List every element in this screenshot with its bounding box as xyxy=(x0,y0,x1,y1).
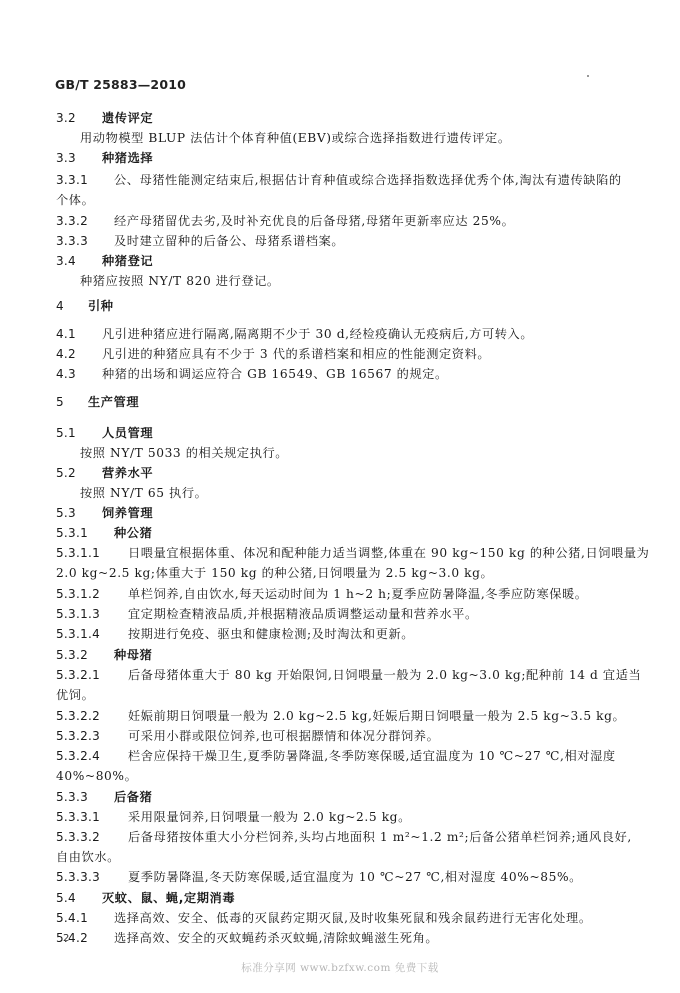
clause-number: 3.3.1 xyxy=(56,170,114,190)
clause-text: 种公猪 xyxy=(114,526,152,540)
scan-speck xyxy=(587,75,589,77)
clause-text: 采用限量饲养,日饲喂量一般为 2.0 kg~2.5 kg。 xyxy=(128,810,411,824)
clause-text: 个体。 xyxy=(56,193,94,207)
section-heading: 3.2遗传评定 xyxy=(56,108,618,128)
clause-text: 及时建立留种的后备公、母猪系谱档案。 xyxy=(114,234,344,248)
clause-number: 4.3 xyxy=(56,364,102,384)
clause-number: 3.4 xyxy=(56,251,102,271)
clause-text: 可采用小群或限位饲养,也可根据膘情和体况分群饲养。 xyxy=(128,729,439,743)
clause-continuation: 个体。 xyxy=(56,190,618,210)
clause-text: 妊娠前期日饲喂量一般为 2.0 kg~2.5 kg,妊娠后期日饲喂量一般为 2.… xyxy=(128,709,625,723)
clause-text: 单栏饲养,自由饮水,每天运动时间为 1 h~2 h;夏季应防暑降温,冬季应防寒保… xyxy=(128,587,588,601)
clause-text: 后备母猪按体重大小分栏饲养,头均占地面积 1 m²~1.2 m²;后备公猪单栏饲… xyxy=(128,830,632,844)
clause: 5.3.2.4栏舍应保持干燥卫生,夏季防暑降温,冬季防寒保暖,适宜温度为 10 … xyxy=(56,746,618,766)
section-heading: 3.4种猪登记 xyxy=(56,251,618,271)
clause-text: 按照 NY/T 65 执行。 xyxy=(80,486,207,500)
clause: 5.3.1.1日喂量宜根据体重、体况和配种能力适当调整,体重在 90 kg~15… xyxy=(56,543,618,563)
clause-number: 5.3.3.1 xyxy=(56,807,128,827)
clause-number: 3.2 xyxy=(56,108,102,128)
clause: 3.3.2经产母猪留优去劣,及时补充优良的后备母猪,母猪年更新率应达 25%。 xyxy=(56,211,618,231)
clause-text: 种猪选择 xyxy=(102,151,153,165)
clause-text: 营养水平 xyxy=(102,466,153,480)
clause: 5.3.1.4按期进行免疫、驱虫和健康检测;及时淘汰和更新。 xyxy=(56,624,618,644)
page-number: 2 xyxy=(63,933,69,944)
clause-number: 5 xyxy=(56,392,88,412)
section-heading: 5.2营养水平 xyxy=(56,463,618,483)
clause: 5.4.2选择高效、安全的灭蚊蝇药杀灭蚊蝇,清除蚊蝇滋生死角。 xyxy=(56,928,618,948)
clause-number: 5.3.2 xyxy=(56,645,114,665)
clause-continuation: 种猪应按照 NY/T 820 进行登记。 xyxy=(80,271,642,291)
clause-continuation: 自由饮水。 xyxy=(56,847,618,867)
clause-text: 日喂量宜根据体重、体况和配种能力适当调整,体重在 90 kg~150 kg 的种… xyxy=(128,546,649,560)
clause-continuation: 用动物模型 BLUP 法估计个体育种值(EBV)或综合选择指数进行遗传评定。 xyxy=(80,128,642,148)
clause-number: 5.3 xyxy=(56,503,102,523)
clause-text: 引种 xyxy=(88,299,114,313)
clause-text: 优饲。 xyxy=(56,688,94,702)
clause-continuation: 按照 NY/T 65 执行。 xyxy=(80,483,642,503)
clause-number: 5.3.2.2 xyxy=(56,706,128,726)
clause: 5.4.1选择高效、安全、低毒的灭鼠药定期灭鼠,及时收集死鼠和残余鼠药进行无害化… xyxy=(56,908,618,928)
chapter-heading: 5生产管理 xyxy=(56,392,618,412)
clause-number: 5.3.2.4 xyxy=(56,746,128,766)
clause-text: 自由饮水。 xyxy=(56,850,120,864)
clause-continuation: 40%~80%。 xyxy=(56,766,618,786)
clause-text: 凡引进种猪应进行隔离,隔离期不少于 30 d,经检疫确认无疫病后,方可转入。 xyxy=(102,327,533,341)
watermark-footer: 标准分享网 www.bzfxw.com 免费下载 xyxy=(0,960,680,975)
clause-number: 5.3.1.2 xyxy=(56,584,128,604)
clause-number: 5.3.3 xyxy=(56,787,114,807)
clause: 3.3.1公、母猪性能测定结束后,根据估计育种值或综合选择指数选择优秀个体,淘汰… xyxy=(56,170,618,190)
section-heading: 3.3种猪选择 xyxy=(56,148,618,168)
clause-text: 后备猪 xyxy=(114,790,152,804)
clause: 4.2凡引进的种猪应具有不少于 3 代的系谱档案和相应的性能测定资料。 xyxy=(56,344,618,364)
clause-number: 3.3.2 xyxy=(56,211,114,231)
chapter-heading: 4引种 xyxy=(56,296,618,316)
clause-number: 4.1 xyxy=(56,324,102,344)
clause-text: 按照 NY/T 5033 的相关规定执行。 xyxy=(80,446,288,460)
clause-continuation: 2.0 kg~2.5 kg;体重大于 150 kg 的种公猪,日饲喂量为 2.5… xyxy=(56,563,618,583)
section-heading: 5.3.2种母猪 xyxy=(56,645,618,665)
clause-number: 5.3.1.3 xyxy=(56,604,128,624)
clause-text: 凡引进的种猪应具有不少于 3 代的系谱档案和相应的性能测定资料。 xyxy=(102,347,490,361)
clause: 4.3种猪的出场和调运应符合 GB 16549、GB 16567 的规定。 xyxy=(56,364,618,384)
clause-text: 2.0 kg~2.5 kg;体重大于 150 kg 的种公猪,日饲喂量为 2.5… xyxy=(56,566,493,580)
clause-text: 种母猪 xyxy=(114,648,152,662)
clause-text: 栏舍应保持干燥卫生,夏季防暑降温,冬季防寒保暖,适宜温度为 10 ℃~27 ℃,… xyxy=(128,749,616,763)
clause-text: 按期进行免疫、驱虫和健康检测;及时淘汰和更新。 xyxy=(128,627,414,641)
section-heading: 5.1人员管理 xyxy=(56,423,618,443)
clause-number: 5.3.3.2 xyxy=(56,827,128,847)
clause-text: 灭蚊、鼠、蝇,定期消毒 xyxy=(102,891,235,905)
clause-text: 人员管理 xyxy=(102,426,153,440)
clause-text: 饲养管理 xyxy=(102,506,153,520)
clause-number: 3.3 xyxy=(56,148,102,168)
section-heading: 5.3.3后备猪 xyxy=(56,787,618,807)
clause-number: 5.2 xyxy=(56,463,102,483)
clause: 5.3.3.1采用限量饲养,日饲喂量一般为 2.0 kg~2.5 kg。 xyxy=(56,807,618,827)
clause-number: 5.3.2.3 xyxy=(56,726,128,746)
clause-text: 用动物模型 BLUP 法估计个体育种值(EBV)或综合选择指数进行遗传评定。 xyxy=(80,131,511,145)
clause-text: 种猪应按照 NY/T 820 进行登记。 xyxy=(80,274,280,288)
clause: 5.3.1.3宜定期检查精液品质,并根据精液品质调整运动量和营养水平。 xyxy=(56,604,618,624)
document-page: GB/T 25883—2010 3.2遗传评定用动物模型 BLUP 法估计个体育… xyxy=(0,0,680,993)
clause: 3.3.3及时建立留种的后备公、母猪系谱档案。 xyxy=(56,231,618,251)
clause-continuation: 按照 NY/T 5033 的相关规定执行。 xyxy=(80,443,642,463)
clause-number: 5.3.2.1 xyxy=(56,665,128,685)
clause-text: 宜定期检查精液品质,并根据精液品质调整运动量和营养水平。 xyxy=(128,607,478,621)
clause-text: 生产管理 xyxy=(88,395,139,409)
clause: 5.3.2.3可采用小群或限位饲养,也可根据膘情和体况分群饲养。 xyxy=(56,726,618,746)
clause-text: 后备母猪体重大于 80 kg 开始限饲,日饲喂量一般为 2.0 kg~3.0 k… xyxy=(128,668,641,682)
clause-number: 3.3.3 xyxy=(56,231,114,251)
clause-text: 选择高效、安全、低毒的灭鼠药定期灭鼠,及时收集死鼠和残余鼠药进行无害化处理。 xyxy=(114,911,592,925)
clause-number: 4 xyxy=(56,296,88,316)
clause-text: 种猪的出场和调运应符合 GB 16549、GB 16567 的规定。 xyxy=(102,367,448,381)
clause: 5.3.2.2妊娠前期日饲喂量一般为 2.0 kg~2.5 kg,妊娠后期日饲喂… xyxy=(56,706,618,726)
clause-continuation: 优饲。 xyxy=(56,685,618,705)
clause: 5.3.1.2单栏饲养,自由饮水,每天运动时间为 1 h~2 h;夏季应防暑降温… xyxy=(56,584,618,604)
clause-number: 5.4 xyxy=(56,888,102,908)
clause-number: 5.1 xyxy=(56,423,102,443)
standard-code: GB/T 25883—2010 xyxy=(55,77,186,92)
clause-text: 种猪登记 xyxy=(102,254,153,268)
clause: 4.1凡引进种猪应进行隔离,隔离期不少于 30 d,经检疫确认无疫病后,方可转入… xyxy=(56,324,618,344)
clause-number: 5.3.1 xyxy=(56,523,114,543)
section-heading: 5.3饲养管理 xyxy=(56,503,618,523)
clause-number: 4.2 xyxy=(56,344,102,364)
clause-text: 夏季防暑降温,冬天防寒保暖,适宜温度为 10 ℃~27 ℃,相对湿度 40%~8… xyxy=(128,870,582,884)
clause-number: 5.3.1.4 xyxy=(56,624,128,644)
clause: 5.3.3.2后备母猪按体重大小分栏饲养,头均占地面积 1 m²~1.2 m²;… xyxy=(56,827,618,847)
clause: 5.3.3.3夏季防暑降温,冬天防寒保暖,适宜温度为 10 ℃~27 ℃,相对湿… xyxy=(56,867,618,887)
clause-text: 选择高效、安全的灭蚊蝇药杀灭蚊蝇,清除蚊蝇滋生死角。 xyxy=(114,931,438,945)
clause: 5.3.2.1后备母猪体重大于 80 kg 开始限饲,日饲喂量一般为 2.0 k… xyxy=(56,665,618,685)
clause-text: 遗传评定 xyxy=(102,111,153,125)
clause-text: 经产母猪留优去劣,及时补充优良的后备母猪,母猪年更新率应达 25%。 xyxy=(114,214,514,228)
section-heading: 5.3.1种公猪 xyxy=(56,523,618,543)
clause-text: 公、母猪性能测定结束后,根据估计育种值或综合选择指数选择优秀个体,淘汰有遗传缺陷… xyxy=(114,173,622,187)
clause-number: 5.4.1 xyxy=(56,908,114,928)
section-heading: 5.4灭蚊、鼠、蝇,定期消毒 xyxy=(56,888,618,908)
clause-text: 40%~80%。 xyxy=(56,769,137,783)
clause-number: 5.3.1.1 xyxy=(56,543,128,563)
clause-number: 5.3.3.3 xyxy=(56,867,128,887)
